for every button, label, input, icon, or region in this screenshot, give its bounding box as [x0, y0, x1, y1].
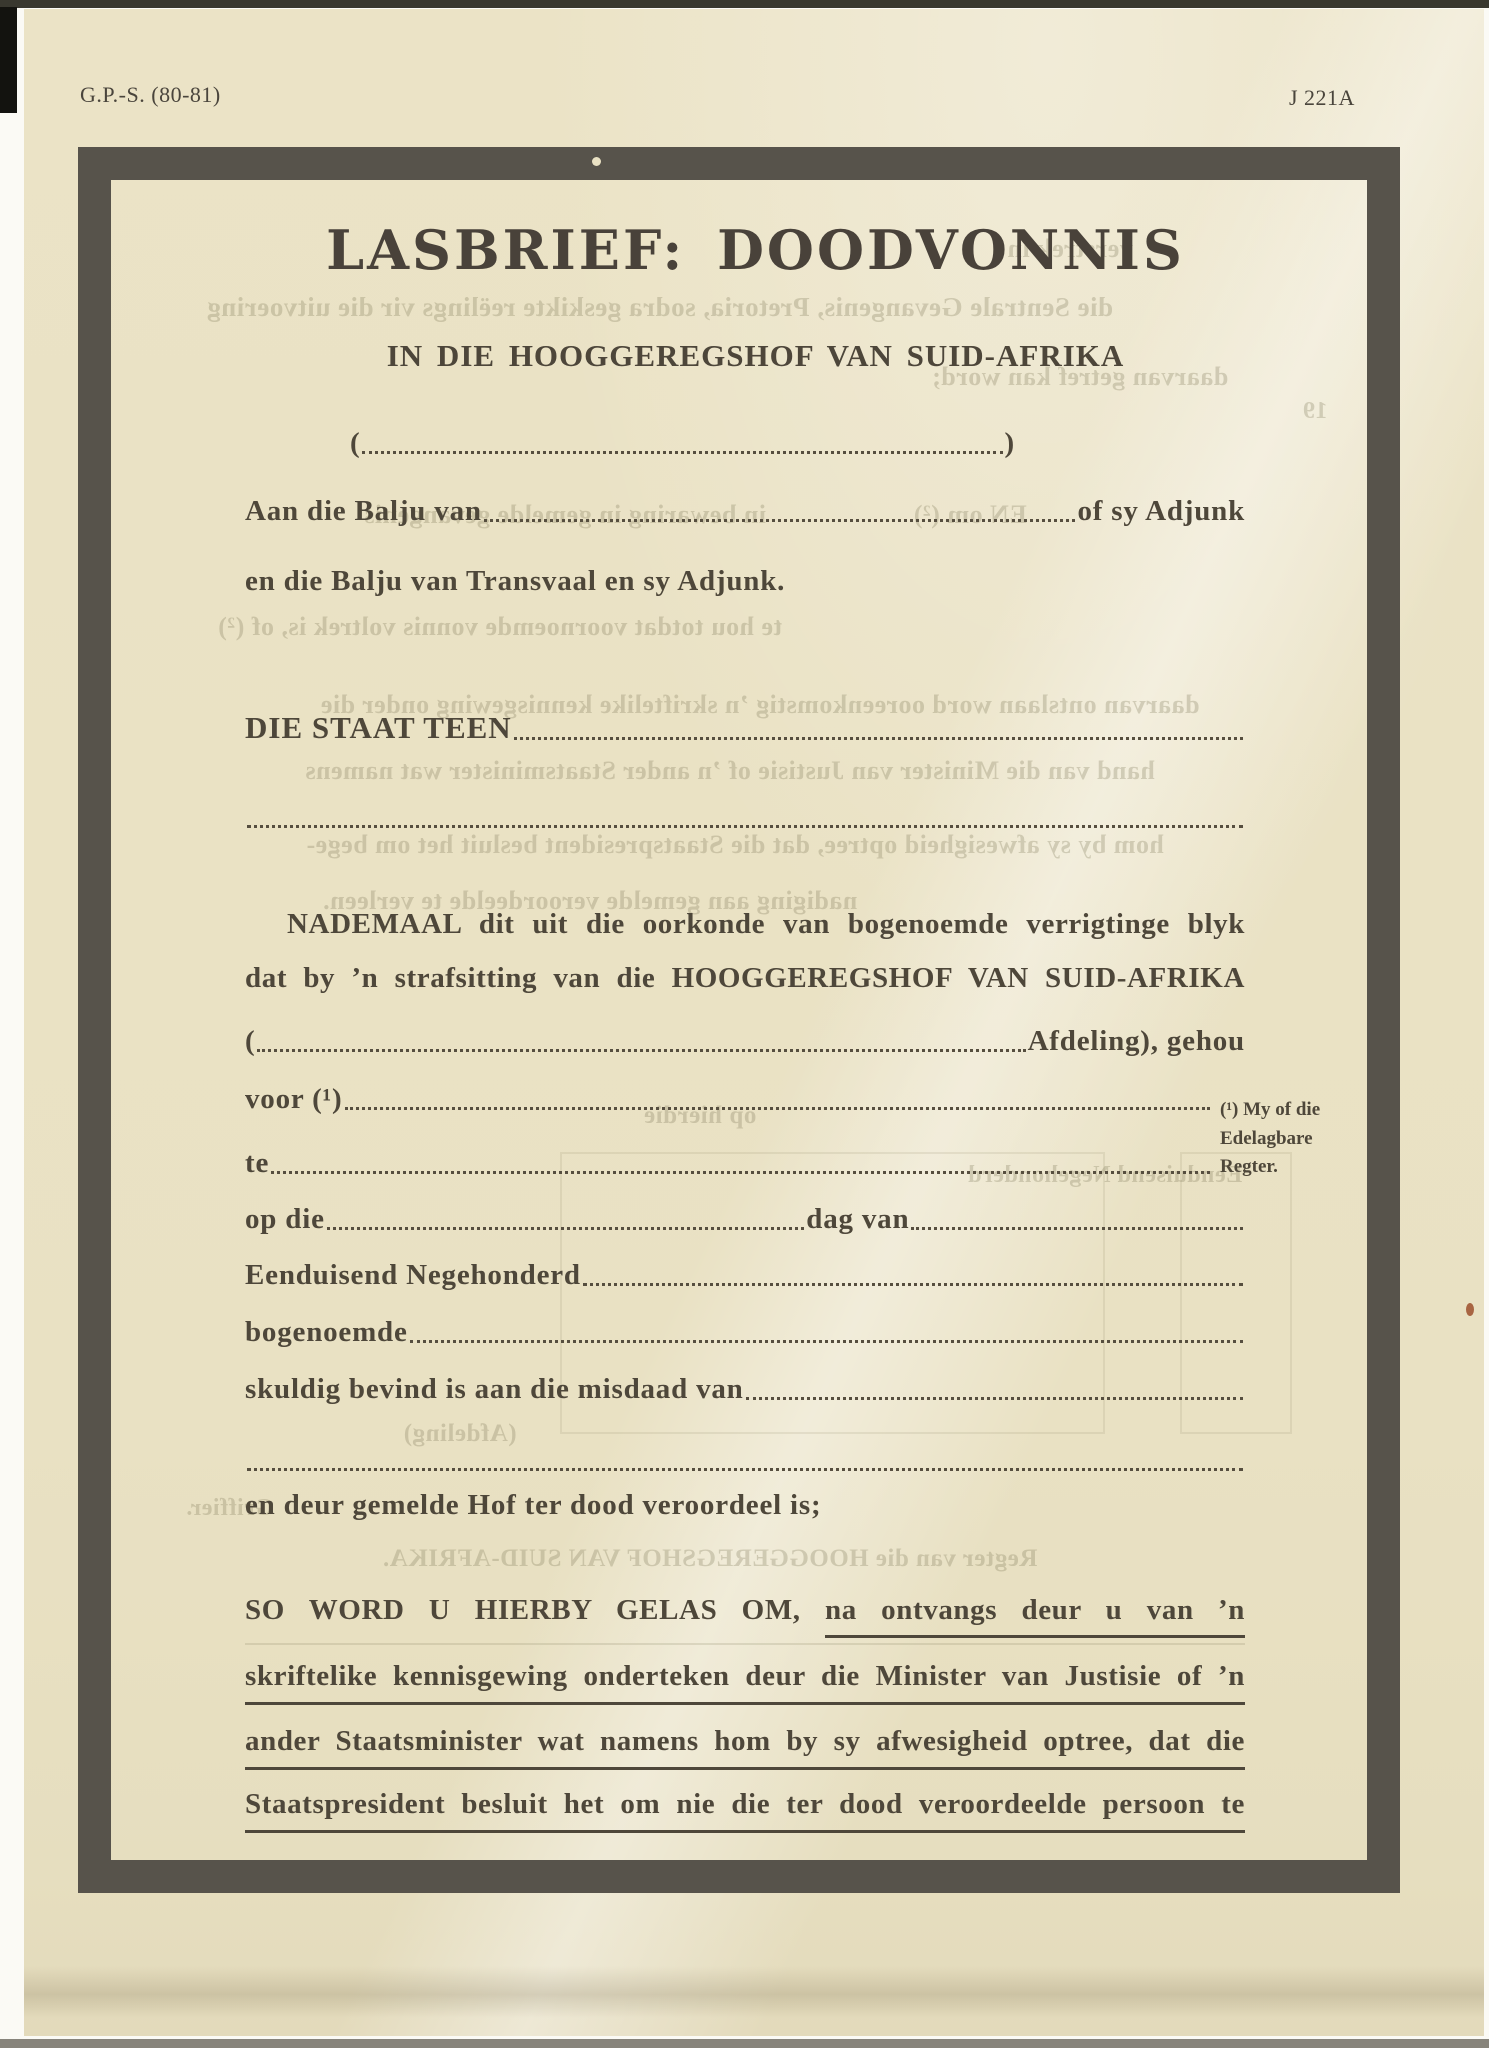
addressee-line2: en die Balju van Transvaal en sy Adjunk. — [245, 562, 1245, 598]
order-underlined-1: na ontvangs deur u van ’n — [825, 1594, 1245, 1638]
crime-continuation-line — [245, 1441, 1245, 1477]
sentence-line: en deur gemelde Hof ter dood veroordeel … — [245, 1486, 1245, 1522]
open-paren: ( — [245, 1025, 255, 1058]
voor-prefix: voor (¹) — [245, 1083, 343, 1116]
dotted-blank-field — [247, 1468, 1243, 1471]
addressee-line: Aan die Balju van of sy Adjunk — [245, 492, 1245, 528]
dotted-blank-field — [746, 1397, 1243, 1400]
addressee-suffix: of sy Adjunk — [1077, 495, 1245, 528]
state-versus-label: DIE STAAT TEEN — [245, 710, 512, 746]
date-line: op die dag van — [245, 1200, 1245, 1236]
abovementioned-line: bogenoemde — [245, 1313, 1245, 1349]
dotted-blank-field — [484, 519, 1076, 522]
margin-footnote: (¹) My of die Edelagbare Regter. — [1220, 1096, 1330, 1182]
dotted-blank-field — [911, 1227, 1243, 1230]
dagvan-label: dag van — [806, 1203, 909, 1236]
judge-line: voor (¹) — [245, 1080, 1212, 1116]
division-suffix: Afdeling), gehou — [1028, 1025, 1245, 1058]
recital-line2: dat by ’n strafsitting van die HOOGGEREG… — [245, 962, 1245, 995]
form-body: ( ) Aan die Balju van of sy Adjunk en di… — [245, 0, 1245, 2048]
te-prefix: te — [245, 1147, 269, 1180]
dotted-blank-field — [514, 737, 1243, 740]
addressee-prefix: Aan die Balju van — [245, 495, 482, 528]
dotted-blank-field — [345, 1107, 1210, 1110]
place-line: te — [245, 1144, 1212, 1180]
open-paren: ( — [350, 427, 360, 460]
paper-speck — [1466, 1303, 1474, 1316]
close-paren: ) — [1005, 427, 1015, 460]
year-prefix: Eenduisend Negehonderd — [245, 1259, 581, 1292]
dotted-blank-field — [257, 1049, 1025, 1052]
dotted-blank-field — [247, 825, 1243, 828]
dotted-blank-field — [271, 1171, 1210, 1174]
division-blank-line: ( ) — [350, 424, 1015, 460]
order-line2: skriftelike kennisgewing onderteken deur… — [245, 1660, 1245, 1705]
division-line: ( Afdeling), gehou — [245, 1022, 1245, 1058]
order-line3: ander Staatsminister wat namens hom by s… — [245, 1725, 1245, 1770]
scan-left-edge — [0, 7, 17, 113]
order-line4: Staatspresident besluit het om nie die t… — [245, 1788, 1245, 1833]
scanned-form-page: verstrek in die Sentrale Gevangenis, Pre… — [0, 0, 1489, 2048]
opdie-prefix: op die — [245, 1203, 325, 1236]
recital-line1: NADEMAAL dit uit die oorkonde van bogeno… — [245, 908, 1245, 941]
year-line: Eenduisend Negehonderd — [245, 1256, 1245, 1292]
dotted-blank-field — [583, 1283, 1243, 1286]
form-code: J 221A — [1289, 85, 1355, 111]
dotted-blank-field — [410, 1340, 1243, 1343]
order-line1: SO WORD U HIERBY GELAS OM, na ontvangs d… — [245, 1594, 1245, 1627]
dotted-blank-field — [362, 451, 1002, 454]
bogenoemde-prefix: bogenoemde — [245, 1316, 408, 1349]
crime-line: skuldig bevind is aan die misdaad van — [245, 1370, 1245, 1406]
sentence-text: en deur gemelde Hof ter dood veroordeel … — [245, 1489, 821, 1522]
skuldig-prefix: skuldig bevind is aan die misdaad van — [245, 1373, 744, 1406]
accused-name-line — [245, 798, 1245, 834]
dotted-blank-field — [327, 1227, 805, 1230]
addressee-line2-text: en die Balju van Transvaal en sy Adjunk. — [245, 565, 785, 598]
form-reference-number: G.P.-S. (80-81) — [80, 82, 221, 108]
order-lead: SO WORD U HIERBY GELAS OM, — [245, 1594, 801, 1626]
case-title-line: DIE STAAT TEEN — [245, 710, 1245, 746]
